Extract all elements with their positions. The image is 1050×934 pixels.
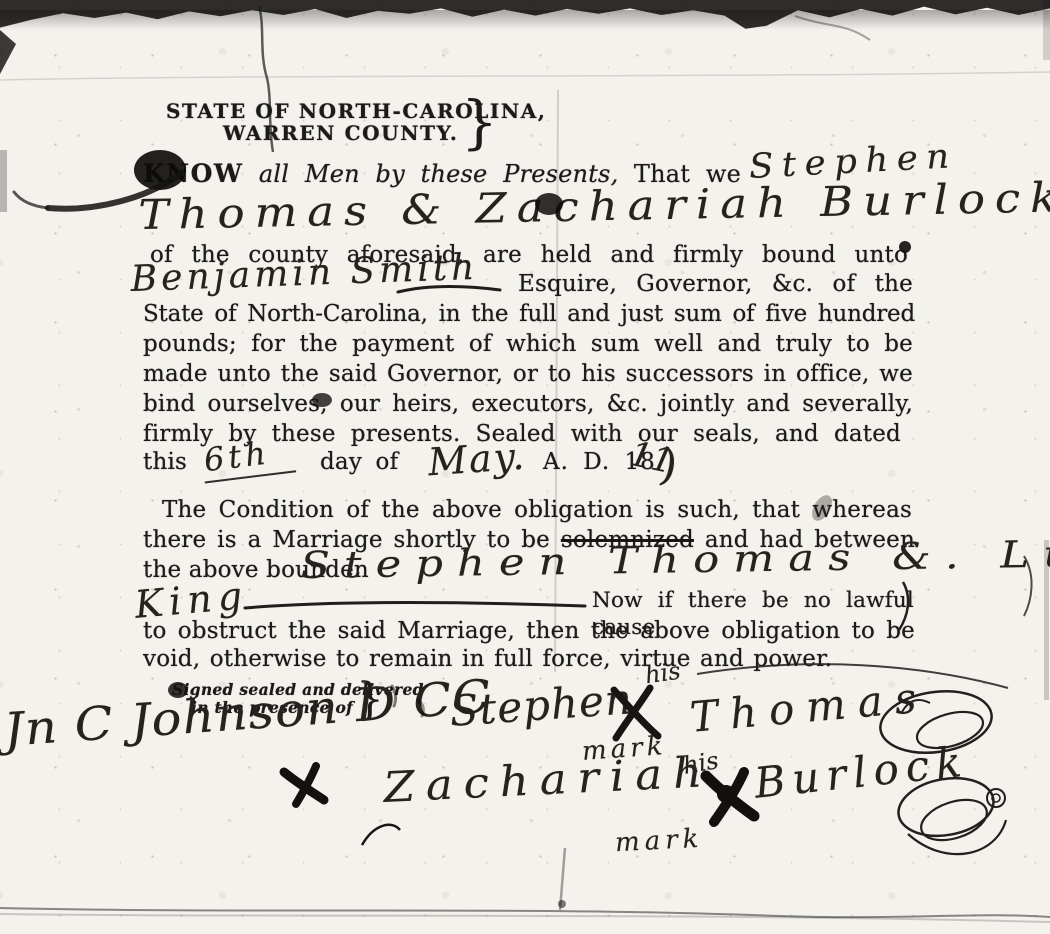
surety-mark-word: mark	[614, 824, 704, 859]
surety-seal-flourish-icon	[888, 762, 1023, 872]
bond-line-sum4: bind ourselves, our heirs, executors, &c…	[143, 390, 913, 419]
surety-his-mark-x-icon	[692, 764, 766, 828]
know-word: KNOW	[143, 159, 243, 188]
handwritten-month: May.	[427, 434, 528, 485]
surety-first-name-signature: Zachariah	[382, 747, 714, 812]
bond-line-sum1: State of North-Carolina, in the full and…	[143, 300, 915, 329]
bond-line-sum3: made unto the said Governor, or to his s…	[143, 360, 913, 389]
groom-seal-flourish-icon	[866, 680, 1016, 770]
groom-his-mark-x-icon	[600, 680, 670, 744]
bond-line-sum2: pounds; for the payment of which sum wel…	[143, 330, 913, 359]
day-of-label: day of	[320, 448, 398, 477]
stray-ink-cross-icon	[272, 758, 334, 810]
bond-line-esquire: Esquire, Governor, &c. of the	[518, 270, 913, 299]
header-brace: }	[461, 88, 498, 156]
county-header: WARREN COUNTY.	[223, 121, 458, 145]
scanned-marriage-bond-document: STATE OF NORTH-CAROLINA, WARREN COUNTY. …	[0, 0, 1050, 934]
this-label: this	[143, 448, 187, 477]
condition-line5: to obstruct the said Marriage, then the …	[143, 617, 915, 646]
condition-line1: The Condition of the above obligation is…	[162, 496, 912, 525]
